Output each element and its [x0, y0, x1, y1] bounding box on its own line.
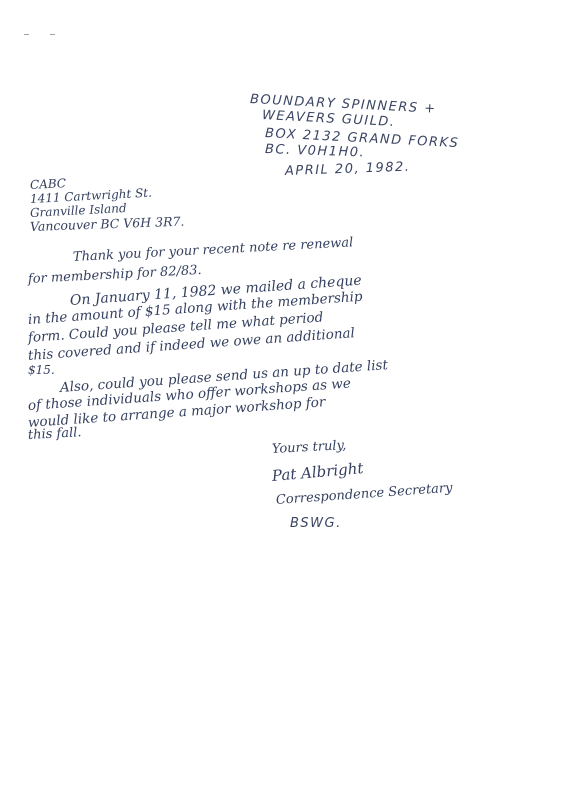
sender-line-4: BC. V0H1H0. — [265, 142, 366, 161]
signer-org: BSWG. — [290, 516, 342, 532]
body-p3-line-4: this fall. — [28, 425, 82, 444]
letter-page: BOUNDARY SPINNERS + WEAVERS GUILD. BOX 2… — [0, 0, 565, 800]
signature: Pat Albright — [271, 460, 364, 484]
signer-title: Correspondence Secretary — [275, 481, 453, 509]
closing-salutation: Yours truly, — [272, 438, 347, 458]
body-p1-line-1: Thank you for your recent note re renewa… — [73, 235, 354, 266]
body-p1-line-2: for membership for 82/83. — [28, 263, 202, 288]
sender-date: APRIL 20, 1982. — [285, 160, 411, 180]
body-p2-line-5: $15. — [28, 362, 55, 378]
scan-mark — [24, 34, 54, 36]
